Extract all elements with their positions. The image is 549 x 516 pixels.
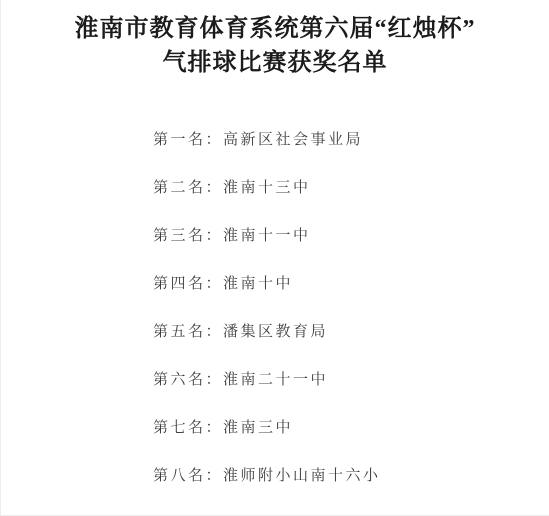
award-list-item-6: 第六名：淮南二十一中 <box>153 372 549 420</box>
award-list-item-7: 第七名：淮南三中 <box>153 420 549 468</box>
page-title-line-2: 气排球比赛获奖名单 <box>1 46 549 80</box>
award-list-item-8: 第八名：淮师附小山南十六小 <box>153 468 549 516</box>
page-title-line-1: 淮南市教育体育系统第六届“红烛杯” <box>1 12 549 46</box>
page-title: 淮南市教育体育系统第六届“红烛杯” 气排球比赛获奖名单 <box>1 0 549 80</box>
award-list: 第一名：高新区社会事业局 第二名：淮南十三中 第三名：淮南十一中 第四名：淮南十… <box>1 132 549 516</box>
award-list-item-2: 第二名：淮南十三中 <box>153 180 549 228</box>
award-list-item-1: 第一名：高新区社会事业局 <box>153 132 549 180</box>
award-list-item-4: 第四名：淮南十中 <box>153 276 549 324</box>
document-page: 淮南市教育体育系统第六届“红烛杯” 气排球比赛获奖名单 第一名：高新区社会事业局… <box>0 0 549 516</box>
award-list-item-5: 第五名：潘集区教育局 <box>153 324 549 372</box>
award-list-item-3: 第三名：淮南十一中 <box>153 228 549 276</box>
